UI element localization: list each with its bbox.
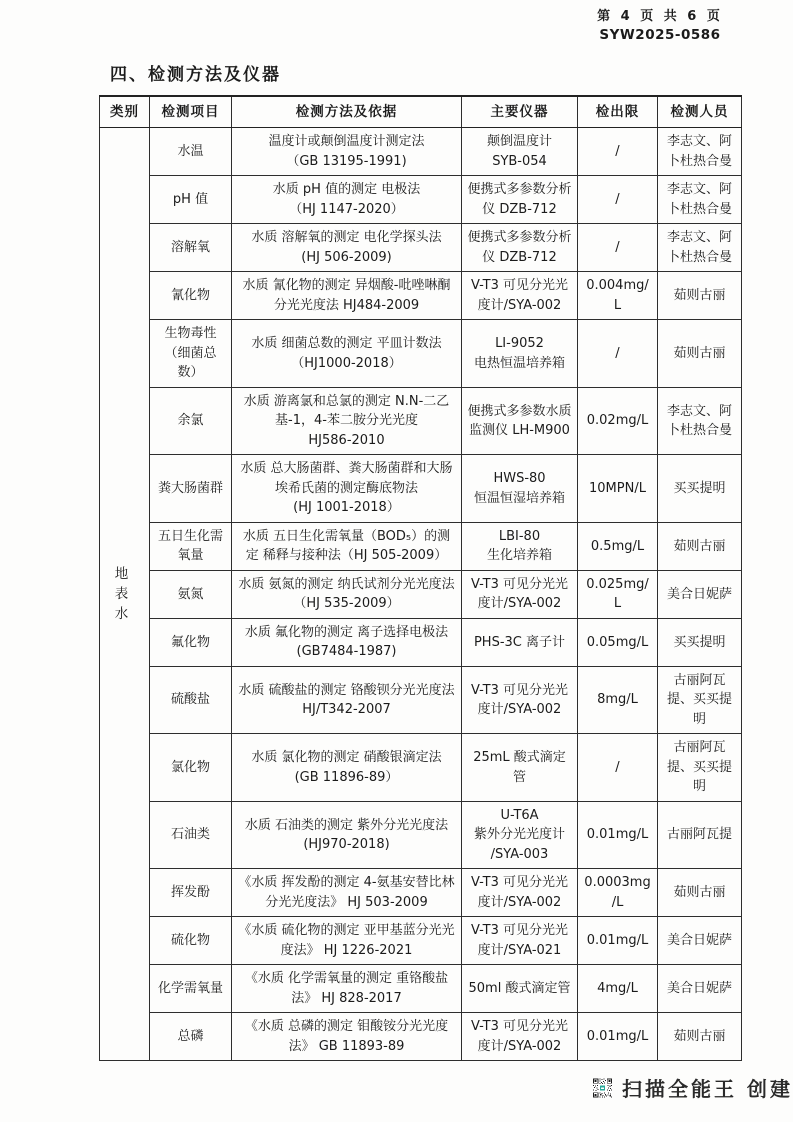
limit-cell: 10MPN/L (578, 455, 658, 523)
table-body: 地 表 水 水温 温度计或颠倒温度计测定法 （GB 13195-1991) 颠倒… (100, 128, 742, 1061)
header-instrument: 主要仪器 (462, 96, 578, 128)
personnel-cell: 美合日妮萨 (658, 917, 742, 965)
item-cell: 硫酸盐 (150, 666, 232, 734)
personnel-cell: 美合日妮萨 (658, 965, 742, 1013)
personnel-cell: 李志文、阿卜杜热合曼 (658, 224, 742, 272)
personnel-cell: 李志文、阿卜杜热合曼 (658, 176, 742, 224)
header-category: 类别 (100, 96, 150, 128)
table-row: 生物毒性（细菌总数） 水质 细菌总数的测定 平皿计数法 （HJ1000-2018… (100, 320, 742, 388)
instrument-cell: PHS-3C 离子计 (462, 618, 578, 666)
header-limit: 检出限 (578, 96, 658, 128)
item-cell: 氰化物 (150, 272, 232, 320)
personnel-cell: 茹则古丽 (658, 522, 742, 570)
personnel-cell: 李志文、阿卜杜热合曼 (658, 128, 742, 176)
instrument-cell: LI-9052 电热恒温培养箱 (462, 320, 578, 388)
item-cell: 氨氮 (150, 570, 232, 618)
personnel-cell: 李志文、阿卜杜热合曼 (658, 387, 742, 455)
table-row: 溶解氧 水质 溶解氧的测定 电化学探头法 (HJ 506-2009) 便携式多参… (100, 224, 742, 272)
method-cell: 水质 石油类的测定 紫外分光光度法 (HJ970-2018) (232, 801, 462, 869)
limit-cell: / (578, 320, 658, 388)
method-cell: 水质 溶解氧的测定 电化学探头法 (HJ 506-2009) (232, 224, 462, 272)
personnel-cell: 茹则古丽 (658, 869, 742, 917)
method-cell: 水质 氨氮的测定 纳氏试剂分光光度法 （HJ 535-2009） (232, 570, 462, 618)
page-indicator: 第 4 页 共 6 页 (545, 8, 775, 26)
limit-cell: / (578, 734, 658, 802)
table-row: 氰化物 水质 氰化物的测定 异烟酸-吡唑啉酮分光光度法 HJ484-2009 V… (100, 272, 742, 320)
method-cell: 水质 游离氯和总氯的测定 N.N-二乙基-1，4-苯二胺分光光度 HJ586-2… (232, 387, 462, 455)
item-cell: 总磷 (150, 1013, 232, 1061)
instrument-cell: 颠倒温度计 SYB-054 (462, 128, 578, 176)
table-row: 五日生化需氧量 水质 五日生化需氧量（BOD₅）的测定 稀释与接种法（HJ 50… (100, 522, 742, 570)
method-cell: 水质 氟化物的测定 离子选择电极法(GB7484-1987) (232, 618, 462, 666)
personnel-cell: 茹则古丽 (658, 272, 742, 320)
scanner-footer: 扫描全能王 创建 (593, 1060, 793, 1115)
method-cell: 水质 细菌总数的测定 平皿计数法 （HJ1000-2018） (232, 320, 462, 388)
item-cell: 余氯 (150, 387, 232, 455)
limit-cell: 8mg/L (578, 666, 658, 734)
instrument-cell: U-T6A 紫外分光光度计 /SYA-003 (462, 801, 578, 869)
qr-code-icon (593, 1064, 612, 1112)
instrument-cell: V-T3 可见分光光度计/SYA-002 (462, 666, 578, 734)
table-row: 硫化物 《水质 硫化物的测定 亚甲基蓝分光光度法》 HJ 1226-2021 V… (100, 917, 742, 965)
limit-cell: 0.0003mg/L (578, 869, 658, 917)
personnel-cell: 古丽阿瓦提、买买提明 (658, 666, 742, 734)
limit-cell: 0.025mg/L (578, 570, 658, 618)
methods-instruments-table: 类别 检测项目 检测方法及依据 主要仪器 检出限 检测人员 地 表 水 水温 温… (99, 95, 742, 1061)
table-row: 氨氮 水质 氨氮的测定 纳氏试剂分光光度法 （HJ 535-2009） V-T3… (100, 570, 742, 618)
personnel-cell: 买买提明 (658, 618, 742, 666)
header-item: 检测项目 (150, 96, 232, 128)
table-header: 类别 检测项目 检测方法及依据 主要仪器 检出限 检测人员 (100, 96, 742, 128)
table-row: 粪大肠菌群 水质 总大肠菌群、粪大肠菌群和大肠埃希氏菌的测定酶底物法 (HJ 1… (100, 455, 742, 523)
item-cell: 溶解氧 (150, 224, 232, 272)
instrument-cell: V-T3 可见分光光度计/SYA-002 (462, 570, 578, 618)
method-cell: 水质 氯化物的测定 硝酸银滴定法 (GB 11896-89） (232, 734, 462, 802)
header-method: 检测方法及依据 (232, 96, 462, 128)
section-title: 四、检测方法及仪器 (110, 60, 281, 85)
limit-cell: 0.5mg/L (578, 522, 658, 570)
instrument-cell: 便携式多参数水质监测仪 LH-M900 (462, 387, 578, 455)
page-header: 第 4 页 共 6 页 SYW2025-0586 (545, 8, 775, 44)
table-row: 氟化物 水质 氟化物的测定 离子选择电极法(GB7484-1987) PHS-3… (100, 618, 742, 666)
table-row: 硫酸盐 水质 硫酸盐的测定 铬酸钡分光光度法 HJ/T342-2007 V-T3… (100, 666, 742, 734)
scanner-label: 扫描全能王 创建 (622, 1073, 793, 1102)
item-cell: 硫化物 (150, 917, 232, 965)
instrument-cell: 25mL 酸式滴定管 (462, 734, 578, 802)
limit-cell: 0.01mg/L (578, 1013, 658, 1061)
limit-cell: 4mg/L (578, 965, 658, 1013)
personnel-cell: 茹则古丽 (658, 320, 742, 388)
table-row: 化学需氧量 《水质 化学需氧量的测定 重铬酸盐法》 HJ 828-2017 50… (100, 965, 742, 1013)
limit-cell: / (578, 224, 658, 272)
table-row: 地 表 水 水温 温度计或颠倒温度计测定法 （GB 13195-1991) 颠倒… (100, 128, 742, 176)
item-cell: 氟化物 (150, 618, 232, 666)
instrument-cell: V-T3 可见分光光度计/SYA-002 (462, 272, 578, 320)
method-cell: 水质 总大肠菌群、粪大肠菌群和大肠埃希氏菌的测定酶底物法 (HJ 1001-20… (232, 455, 462, 523)
method-cell: 《水质 总磷的测定 钼酸铵分光光度法》 GB 11893-89 (232, 1013, 462, 1061)
limit-cell: / (578, 176, 658, 224)
table-row: 氯化物 水质 氯化物的测定 硝酸银滴定法 (GB 11896-89） 25mL … (100, 734, 742, 802)
instrument-cell: V-T3 可见分光光度计/SYA-021 (462, 917, 578, 965)
method-cell: 水质 五日生化需氧量（BOD₅）的测定 稀释与接种法（HJ 505-2009） (232, 522, 462, 570)
item-cell: 生物毒性（细菌总数） (150, 320, 232, 388)
item-cell: 化学需氧量 (150, 965, 232, 1013)
instrument-cell: 50ml 酸式滴定管 (462, 965, 578, 1013)
personnel-cell: 买买提明 (658, 455, 742, 523)
method-cell: 水质 pH 值的测定 电极法 （HJ 1147-2020） (232, 176, 462, 224)
personnel-cell: 古丽阿瓦提、买买提明 (658, 734, 742, 802)
personnel-cell: 美合日妮萨 (658, 570, 742, 618)
doc-number: SYW2025-0586 (545, 26, 775, 44)
limit-cell: 0.01mg/L (578, 917, 658, 965)
table-row: 总磷 《水质 总磷的测定 钼酸铵分光光度法》 GB 11893-89 V-T3 … (100, 1013, 742, 1061)
limit-cell: 0.05mg/L (578, 618, 658, 666)
item-cell: 粪大肠菌群 (150, 455, 232, 523)
method-cell: 《水质 挥发酚的测定 4-氨基安替比林分光光度法》 HJ 503-2009 (232, 869, 462, 917)
method-cell: 温度计或颠倒温度计测定法 （GB 13195-1991) (232, 128, 462, 176)
instrument-cell: LBI-80 生化培养箱 (462, 522, 578, 570)
item-cell: 挥发酚 (150, 869, 232, 917)
header-personnel: 检测人员 (658, 96, 742, 128)
method-cell: 《水质 硫化物的测定 亚甲基蓝分光光度法》 HJ 1226-2021 (232, 917, 462, 965)
limit-cell: / (578, 128, 658, 176)
instrument-cell: HWS-80 恒温恒湿培养箱 (462, 455, 578, 523)
personnel-cell: 古丽阿瓦提 (658, 801, 742, 869)
item-cell: 五日生化需氧量 (150, 522, 232, 570)
category-cell: 地 表 水 (100, 128, 150, 1061)
instrument-cell: V-T3 可见分光光度计/SYA-002 (462, 1013, 578, 1061)
table-row: 余氯 水质 游离氯和总氯的测定 N.N-二乙基-1，4-苯二胺分光光度 HJ58… (100, 387, 742, 455)
method-cell: 《水质 化学需氧量的测定 重铬酸盐法》 HJ 828-2017 (232, 965, 462, 1013)
table-row: pH 值 水质 pH 值的测定 电极法 （HJ 1147-2020） 便携式多参… (100, 176, 742, 224)
instrument-cell: V-T3 可见分光光度计/SYA-002 (462, 869, 578, 917)
limit-cell: 0.004mg/L (578, 272, 658, 320)
limit-cell: 0.02mg/L (578, 387, 658, 455)
method-cell: 水质 氰化物的测定 异烟酸-吡唑啉酮分光光度法 HJ484-2009 (232, 272, 462, 320)
item-cell: pH 值 (150, 176, 232, 224)
item-cell: 石油类 (150, 801, 232, 869)
instrument-cell: 便携式多参数分析仪 DZB-712 (462, 176, 578, 224)
item-cell: 水温 (150, 128, 232, 176)
method-cell: 水质 硫酸盐的测定 铬酸钡分光光度法 HJ/T342-2007 (232, 666, 462, 734)
personnel-cell: 茹则古丽 (658, 1013, 742, 1061)
item-cell: 氯化物 (150, 734, 232, 802)
limit-cell: 0.01mg/L (578, 801, 658, 869)
instrument-cell: 便携式多参数分析仪 DZB-712 (462, 224, 578, 272)
table-row: 石油类 水质 石油类的测定 紫外分光光度法 (HJ970-2018) U-T6A… (100, 801, 742, 869)
table-row: 挥发酚 《水质 挥发酚的测定 4-氨基安替比林分光光度法》 HJ 503-200… (100, 869, 742, 917)
